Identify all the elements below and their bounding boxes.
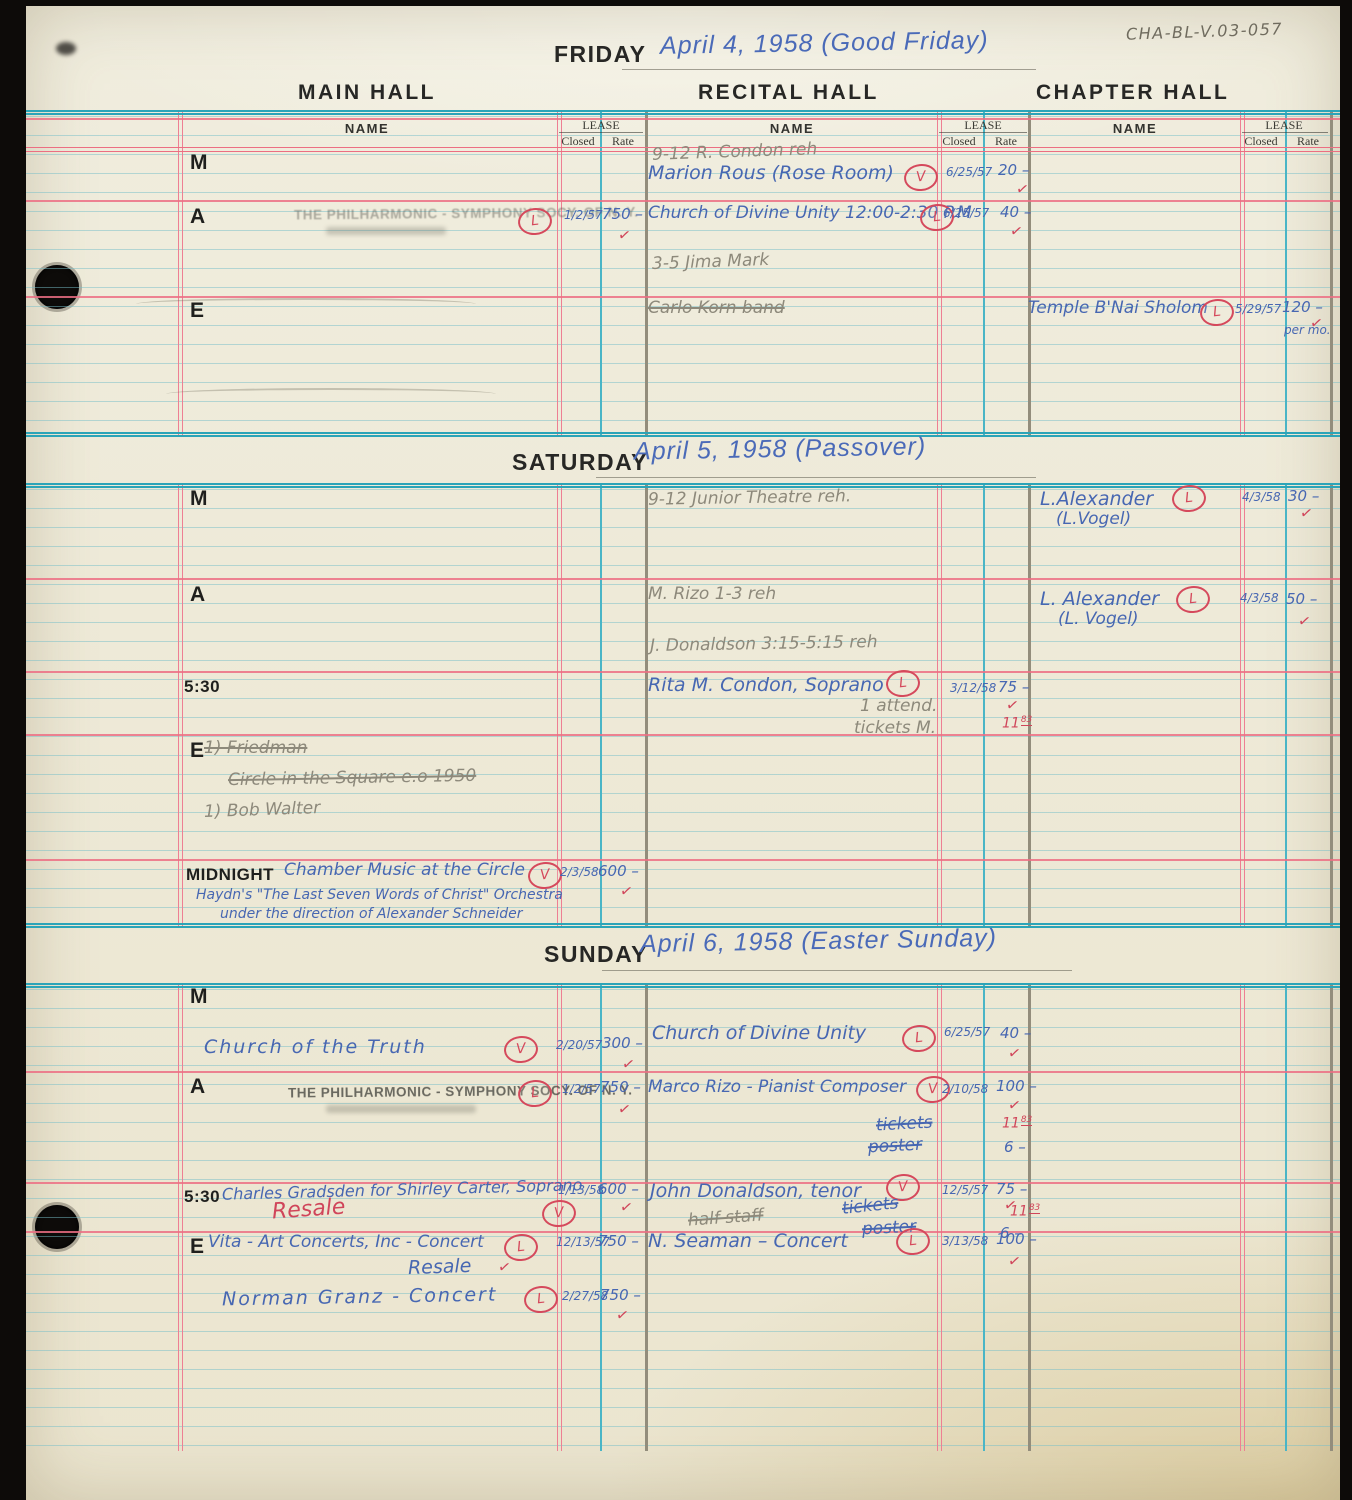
- amount-poster: 6 –: [1004, 1140, 1026, 1156]
- amount-cents: 83: [1029, 1203, 1040, 1214]
- stamp-faded-line: [326, 1105, 476, 1113]
- closed-date: 12/5/57: [942, 1184, 988, 1197]
- closed-date: 3/13/58: [942, 1235, 988, 1248]
- note-resale: Resale: [271, 1195, 346, 1223]
- day-title-sunday: SUNDAY: [544, 942, 648, 966]
- col-header-name-recital: NAME: [770, 122, 814, 136]
- col-header-name-chapter: NAME: [1113, 122, 1157, 136]
- row-label-evening: E: [190, 740, 204, 762]
- entry-sat-main-e1-struck: 1) Friedman: [204, 740, 307, 758]
- saturday-table: [26, 483, 1340, 928]
- rate-note-per-month: per mo.: [1284, 324, 1331, 337]
- rate-value: 50 –: [1286, 592, 1317, 608]
- date-underline: [602, 970, 1072, 971]
- day-title-saturday: SATURDAY: [512, 450, 648, 474]
- hall-title-recital: RECITAL HALL: [698, 82, 879, 104]
- entry-sun-main-m: Church of the Truth: [204, 1038, 427, 1058]
- col-header-name-main: NAME: [345, 122, 389, 136]
- entry-sun-recital-m: Church of Divine Unity: [652, 1024, 866, 1044]
- handwritten-date-saturday: April 5, 1958 (Passover): [634, 433, 927, 464]
- row-label-morning: M: [190, 986, 208, 1008]
- check-mark: ✓: [1007, 1097, 1022, 1115]
- check-mark: ✓: [621, 1056, 636, 1074]
- closed-date: 4/3/58: [1242, 491, 1281, 504]
- rate-value: 40 –: [1000, 205, 1031, 221]
- closed-date: 5/29/57: [1235, 303, 1281, 316]
- check-mark: ✓: [1005, 697, 1020, 715]
- closed-date: 1/2/57: [562, 1083, 601, 1096]
- day-title-friday: FRIDAY: [554, 42, 647, 66]
- check-mark: ✓: [1015, 181, 1030, 199]
- date-underline: [596, 477, 1036, 478]
- row-divider: [26, 734, 1340, 736]
- row-label-afternoon: A: [190, 206, 205, 228]
- check-mark: ✓: [1007, 1253, 1022, 1271]
- row-label-evening: E: [190, 1236, 204, 1258]
- closed-date: 1/2/57: [564, 209, 603, 222]
- entry-sat-chapter-m2: (L.Vogel): [1056, 511, 1131, 529]
- closed-date: 6/25/57: [946, 166, 992, 179]
- erased-pencil-scribble: [136, 298, 476, 310]
- amount-dollars: 11: [1002, 1116, 1020, 1132]
- rate-value: 750 –: [600, 1080, 641, 1096]
- check-mark: ✓: [1299, 505, 1314, 523]
- check-mark: ✓: [617, 1101, 632, 1119]
- closed-date: 6/25/57: [944, 1026, 990, 1039]
- closed-date: 2/10/58: [942, 1083, 988, 1096]
- closed-date: 3/12/58: [950, 682, 996, 695]
- date-underline: [622, 69, 1036, 70]
- amount-cents: 83: [1021, 715, 1032, 726]
- check-mark: ✓: [1007, 1045, 1022, 1063]
- rate-value: 30 –: [1288, 489, 1319, 505]
- entry-sat-recital-a1: M. Rizo 1-3 reh: [648, 586, 776, 604]
- amount-tickets: 1183: [1002, 1116, 1032, 1131]
- note-tickets: tickets: [876, 1115, 933, 1136]
- rate-value: 40 –: [1000, 1026, 1031, 1042]
- row-label-afternoon: A: [190, 1076, 205, 1098]
- closed-date: 4/3/58: [1240, 592, 1279, 605]
- hall-title-chapter: CHAPTER HALL: [1036, 82, 1229, 104]
- note-resale: Resale: [408, 1257, 472, 1279]
- row-divider: [26, 859, 1340, 861]
- check-mark: ✓: [1297, 613, 1312, 631]
- col-header-rate-recital: Rate: [995, 135, 1017, 148]
- rate-value: 100 –: [996, 1232, 1037, 1248]
- entry-sat-recital-530: Rita M. Condon, Soprano: [648, 676, 884, 696]
- col-header-lease-chapter: LEASE: [1265, 119, 1302, 132]
- lease-underline: [939, 132, 1027, 133]
- hall-title-main: MAIN HALL: [298, 82, 436, 104]
- closed-date: 6/25/57: [943, 207, 989, 220]
- entry-sun-recital-a: Marco Rizo - Pianist Composer: [648, 1079, 906, 1097]
- rate-value: 20 –: [998, 163, 1029, 179]
- col-header-closed-chapter: Closed: [1244, 135, 1277, 148]
- amount-dollars: 11: [1010, 1204, 1028, 1220]
- entry-sat-chapter-a2: (L. Vogel): [1058, 611, 1139, 629]
- check-mark: ✓: [619, 1199, 634, 1217]
- rate-value: 750 –: [598, 1234, 639, 1250]
- check-mark: ✓: [617, 227, 632, 245]
- check-mark: ✓: [615, 1307, 630, 1325]
- row-divider: [26, 1071, 1340, 1073]
- note-tickets: tickets M.: [854, 720, 936, 738]
- lease-underline: [559, 132, 643, 133]
- row-divider: [26, 671, 1340, 673]
- row-label-530: 5:30: [184, 678, 220, 696]
- amount-dollars: 11: [1002, 716, 1020, 732]
- closed-date: 2/20/57: [556, 1039, 602, 1052]
- entry-sat-recital-a2: J. Donaldson 3:15-5:15 reh: [650, 634, 878, 656]
- rate-value: 750 –: [602, 207, 643, 223]
- entry-sun-recital-e: N. Seaman – Concert: [648, 1232, 848, 1252]
- row-divider: [26, 200, 1340, 202]
- entry-sat-main-e3: 1) Bob Walter: [204, 800, 321, 822]
- rate-value: 75 –: [998, 680, 1029, 696]
- note-poster: poster: [868, 1137, 923, 1158]
- row-label-morning: M: [190, 152, 208, 174]
- entry-sat-chapter-a: L. Alexander: [1040, 590, 1159, 610]
- rate-value: 100 –: [996, 1079, 1037, 1095]
- row-label-530: 5:30: [184, 1188, 220, 1206]
- check-mark: ✓: [1309, 315, 1324, 333]
- entry-sat-midnight-line3: under the direction of Alexander Schneid…: [220, 907, 523, 922]
- lease-underline: [1242, 132, 1328, 133]
- scanned-ledger-screenshot: CHA-BL-V.03-057 FRIDAY April 4, 1958 (Go…: [0, 0, 1352, 1500]
- erased-pencil-scribble: [166, 388, 496, 400]
- amount-tickets: 1183: [1002, 716, 1032, 731]
- amount-cents: 83: [1021, 1115, 1032, 1126]
- rate-value: 750 –: [600, 1288, 641, 1304]
- entry-fri-recital-m: Marion Rous (Rose Room): [648, 164, 894, 184]
- col-header-closed-main: Closed: [561, 135, 594, 148]
- check-mark: ✓: [497, 1259, 512, 1277]
- note-attendance: 1 attend.: [860, 698, 937, 716]
- rate-value: 600 –: [598, 864, 639, 880]
- col-header-lease-recital: LEASE: [964, 119, 1001, 132]
- row-label-afternoon: A: [190, 584, 205, 606]
- check-mark: ✓: [619, 883, 634, 901]
- col-header-rate-chapter: Rate: [1297, 135, 1319, 148]
- stamp-faded-line: [326, 227, 446, 235]
- check-mark: ✓: [1009, 223, 1024, 241]
- entry-sat-chapter-m: L.Alexander: [1040, 490, 1153, 510]
- rate-value: 600 –: [598, 1182, 639, 1198]
- handwritten-date-friday: April 4, 1958 (Good Friday): [660, 27, 989, 59]
- entry-fri-recital-e-struck: Carlo Korn band: [648, 300, 785, 318]
- archive-code: CHA-BL-V.03-057: [1126, 21, 1284, 43]
- ledger-page: CHA-BL-V.03-057 FRIDAY April 4, 1958 (Go…: [26, 6, 1340, 1500]
- amount-tickets: 1183: [1010, 1204, 1040, 1219]
- row-divider: [26, 578, 1340, 580]
- closed-date: 2/3/58: [560, 866, 599, 879]
- row-divider: [26, 118, 1340, 120]
- col-header-closed-recital: Closed: [942, 135, 975, 148]
- entry-sat-midnight-line2: Haydn's "The Last Seven Words of Christ"…: [196, 888, 563, 903]
- entry-sat-recital-m: 9-12 Junior Theatre reh.: [648, 488, 852, 509]
- col-header-rate-main: Rate: [612, 135, 634, 148]
- entry-fri-chapter-e: Temple B'Nai Sholom: [1028, 300, 1208, 318]
- row-label-morning: M: [190, 488, 208, 510]
- rate-value: 300 –: [602, 1036, 643, 1052]
- ink-smudge: [56, 42, 76, 55]
- handwritten-date-sunday: April 6, 1958 (Easter Sunday): [640, 925, 997, 957]
- entry-sun-recital-530: John Donaldson, tenor: [650, 1182, 861, 1202]
- entry-sun-main-e1: Vita - Art Concerts, Inc - Concert: [208, 1234, 484, 1252]
- entry-sat-main-midnight: Chamber Music at the Circle: [284, 862, 525, 880]
- row-label-midnight: MIDNIGHT: [186, 866, 274, 884]
- col-header-lease-main: LEASE: [582, 119, 619, 132]
